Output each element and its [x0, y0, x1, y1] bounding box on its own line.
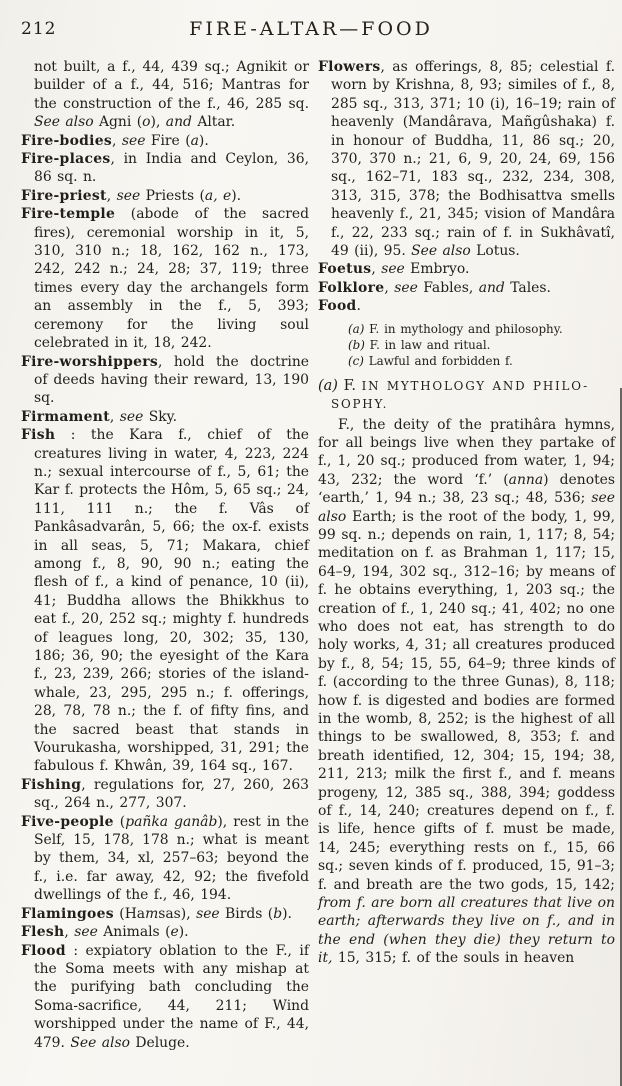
text-run: and [479, 280, 505, 296]
text-run: (a) [348, 322, 364, 336]
text-run: see [120, 409, 144, 425]
text-run: (a) [318, 378, 338, 394]
text-run: See also [34, 114, 94, 130]
text-run: see [122, 133, 146, 149]
book-page: 212 FIRE-ALTAR—FOOD not built, a f., 44,… [0, 0, 622, 1086]
text-run: Fire-temple [21, 206, 115, 222]
text-run: Priests ( [140, 188, 205, 204]
text-run: ( [114, 814, 125, 830]
food-subentry: (a) F. in mythology and philosophy. [348, 321, 615, 337]
text-run: Earth; is the root of the body, 1, 99, 9… [318, 509, 615, 893]
index-columns: not built, a f., 44, 439 sq.; Agnikit or… [21, 58, 615, 1052]
text-run: anna [509, 472, 543, 488]
text-run: e [171, 924, 179, 940]
index-entry: Fire-places, in India and Ceylon, 36, 86… [21, 150, 309, 187]
text-run: pañka ganâb [125, 814, 217, 830]
text-run: (abode of the sacred fires), ceremonial … [34, 206, 309, 351]
index-column-left: not built, a f., 44, 439 sq.; Agnikit or… [21, 58, 309, 1052]
running-head: FIRE-ALTAR—FOOD [0, 16, 622, 40]
text-run: ). [199, 133, 209, 149]
text-run: See also [70, 1035, 130, 1051]
text-run: Lawful and forbidden f. [364, 354, 513, 368]
text-run: o [142, 114, 150, 130]
text-run: a, e [205, 188, 231, 204]
text-run: Birds ( [220, 906, 274, 922]
text-run: b [273, 906, 282, 922]
text-run: Five-people [21, 814, 114, 830]
index-entry: Foetus, see Embryo. [318, 260, 615, 278]
index-entry: Fire-temple (abode of the sacred fires),… [21, 205, 309, 352]
index-entry: Folklore, see Fables, and Tales. [318, 279, 615, 297]
text-run: Fire-bodies [21, 133, 112, 149]
index-entry: Fire-priest, see Priests (a, e). [21, 187, 309, 205]
text-run: , as offerings, 8, 85; celestial f. worn… [331, 59, 615, 259]
text-run: Tales. [505, 280, 551, 296]
index-entry: Fire-bodies, see Fire (a). [21, 132, 309, 150]
index-entry: Fire-worshippers, hold the doctrine of d… [21, 353, 309, 408]
page-number: 212 [21, 19, 56, 39]
text-run: Food [318, 298, 357, 314]
food-subentry: (b) F. in law and ritual. [348, 337, 615, 353]
text-run: IN MYTHOLOGY AND PHILO- [362, 379, 589, 393]
index-entry: Flamingoes (Hamsas), see Birds (b). [21, 905, 309, 923]
text-run: , [107, 188, 117, 204]
text-run: (b) [348, 338, 365, 352]
text-run: Fire ( [145, 133, 190, 149]
text-run: (Ha [114, 906, 145, 922]
text-run: ). [231, 188, 241, 204]
text-run: see [117, 188, 141, 204]
text-run: Flowers [318, 59, 380, 75]
text-run: F. in mythology and philosophy. [364, 322, 562, 336]
text-run: Deluge. [130, 1035, 190, 1051]
text-run: and [166, 114, 192, 130]
food-subentry: (c) Lawful and forbidden f. [348, 353, 615, 369]
index-entry: Fish : the Kara f., chief of the creatur… [21, 426, 309, 776]
text-run: Foetus [318, 261, 371, 277]
index-entry: Food. [318, 297, 615, 315]
text-run: m [145, 906, 158, 922]
index-entry: Fishing, regulations for, 27, 260, 263 s… [21, 776, 309, 813]
text-run: See also [411, 243, 471, 259]
text-run: see [196, 906, 220, 922]
index-entry: Firmament, see Sky. [21, 408, 309, 426]
text-run: (c) [348, 354, 364, 368]
index-entry: Flowers, as offerings, 8, 85; celestial … [318, 58, 615, 260]
text-run: Fire-priest [21, 188, 107, 204]
text-run: 15, 315; f. of the souls in heaven [332, 950, 574, 966]
text-run: Fire-places [21, 151, 110, 167]
text-run: . [357, 298, 361, 314]
text-run: , [371, 261, 381, 277]
text-run: , [110, 409, 120, 425]
text-run: Animals ( [98, 924, 171, 940]
text-run: , [112, 133, 122, 149]
text-run: Embryo. [405, 261, 470, 277]
scanned-book-page: { "page": { "number": "212", "running_he… [0, 0, 622, 1086]
text-run: Sky. [143, 409, 177, 425]
index-entry: Flood : expiatory oblation to the F., if… [21, 942, 309, 1052]
text-run: ). [179, 924, 189, 940]
text-run: Altar. [192, 114, 235, 130]
food-subentry-list: (a) F. in mythology and philosophy.(b) F… [348, 321, 615, 369]
text-run: Flesh [21, 924, 64, 940]
page-header: 212 FIRE-ALTAR—FOOD [0, 16, 622, 46]
text-run: see [381, 261, 405, 277]
section-heading: (a) F. IN MYTHOLOGY AND PHILO-SOPHY. [318, 377, 615, 414]
text-run: F. in law and ritual. [365, 338, 491, 352]
text-run: not built, a f., 44, 439 sq.; Agnikit or… [34, 59, 309, 112]
text-run: Lotus. [471, 243, 520, 259]
text-run: Flood [21, 943, 66, 959]
text-run: see [74, 924, 98, 940]
text-run: : the Kara f., chief of the creatures li… [34, 427, 309, 774]
index-entry: Flesh, see Animals (e). [21, 923, 309, 941]
text-run: F. [338, 378, 362, 394]
text-run: Flamingoes [21, 906, 114, 922]
index-column-right: Flowers, as offerings, 8, 85; celestial … [318, 58, 615, 1052]
text-run: Fables, [418, 280, 479, 296]
index-entry: Five-people (pañka ganâb), rest in the S… [21, 813, 309, 905]
text-run: Firmament [21, 409, 110, 425]
text-run: ). [282, 906, 292, 922]
text-run: Agni ( [94, 114, 143, 130]
text-run: ), [151, 114, 166, 130]
text-run: see [394, 280, 418, 296]
text-run: Fish [21, 427, 55, 443]
text-run: Fire-worshippers [21, 354, 158, 370]
text-run: , [64, 924, 74, 940]
text-run: , [384, 280, 394, 296]
text-run: SOPHY. [331, 397, 388, 411]
section-paragraph: F., the deity of the pratihâra hymns, fo… [318, 416, 615, 968]
continued-entry: not built, a f., 44, 439 sq.; Agnikit or… [21, 58, 309, 132]
text-run: Fishing [21, 777, 81, 793]
text-run: Folklore [318, 280, 384, 296]
text-run: sas), [158, 906, 196, 922]
text-run: a [191, 133, 199, 149]
